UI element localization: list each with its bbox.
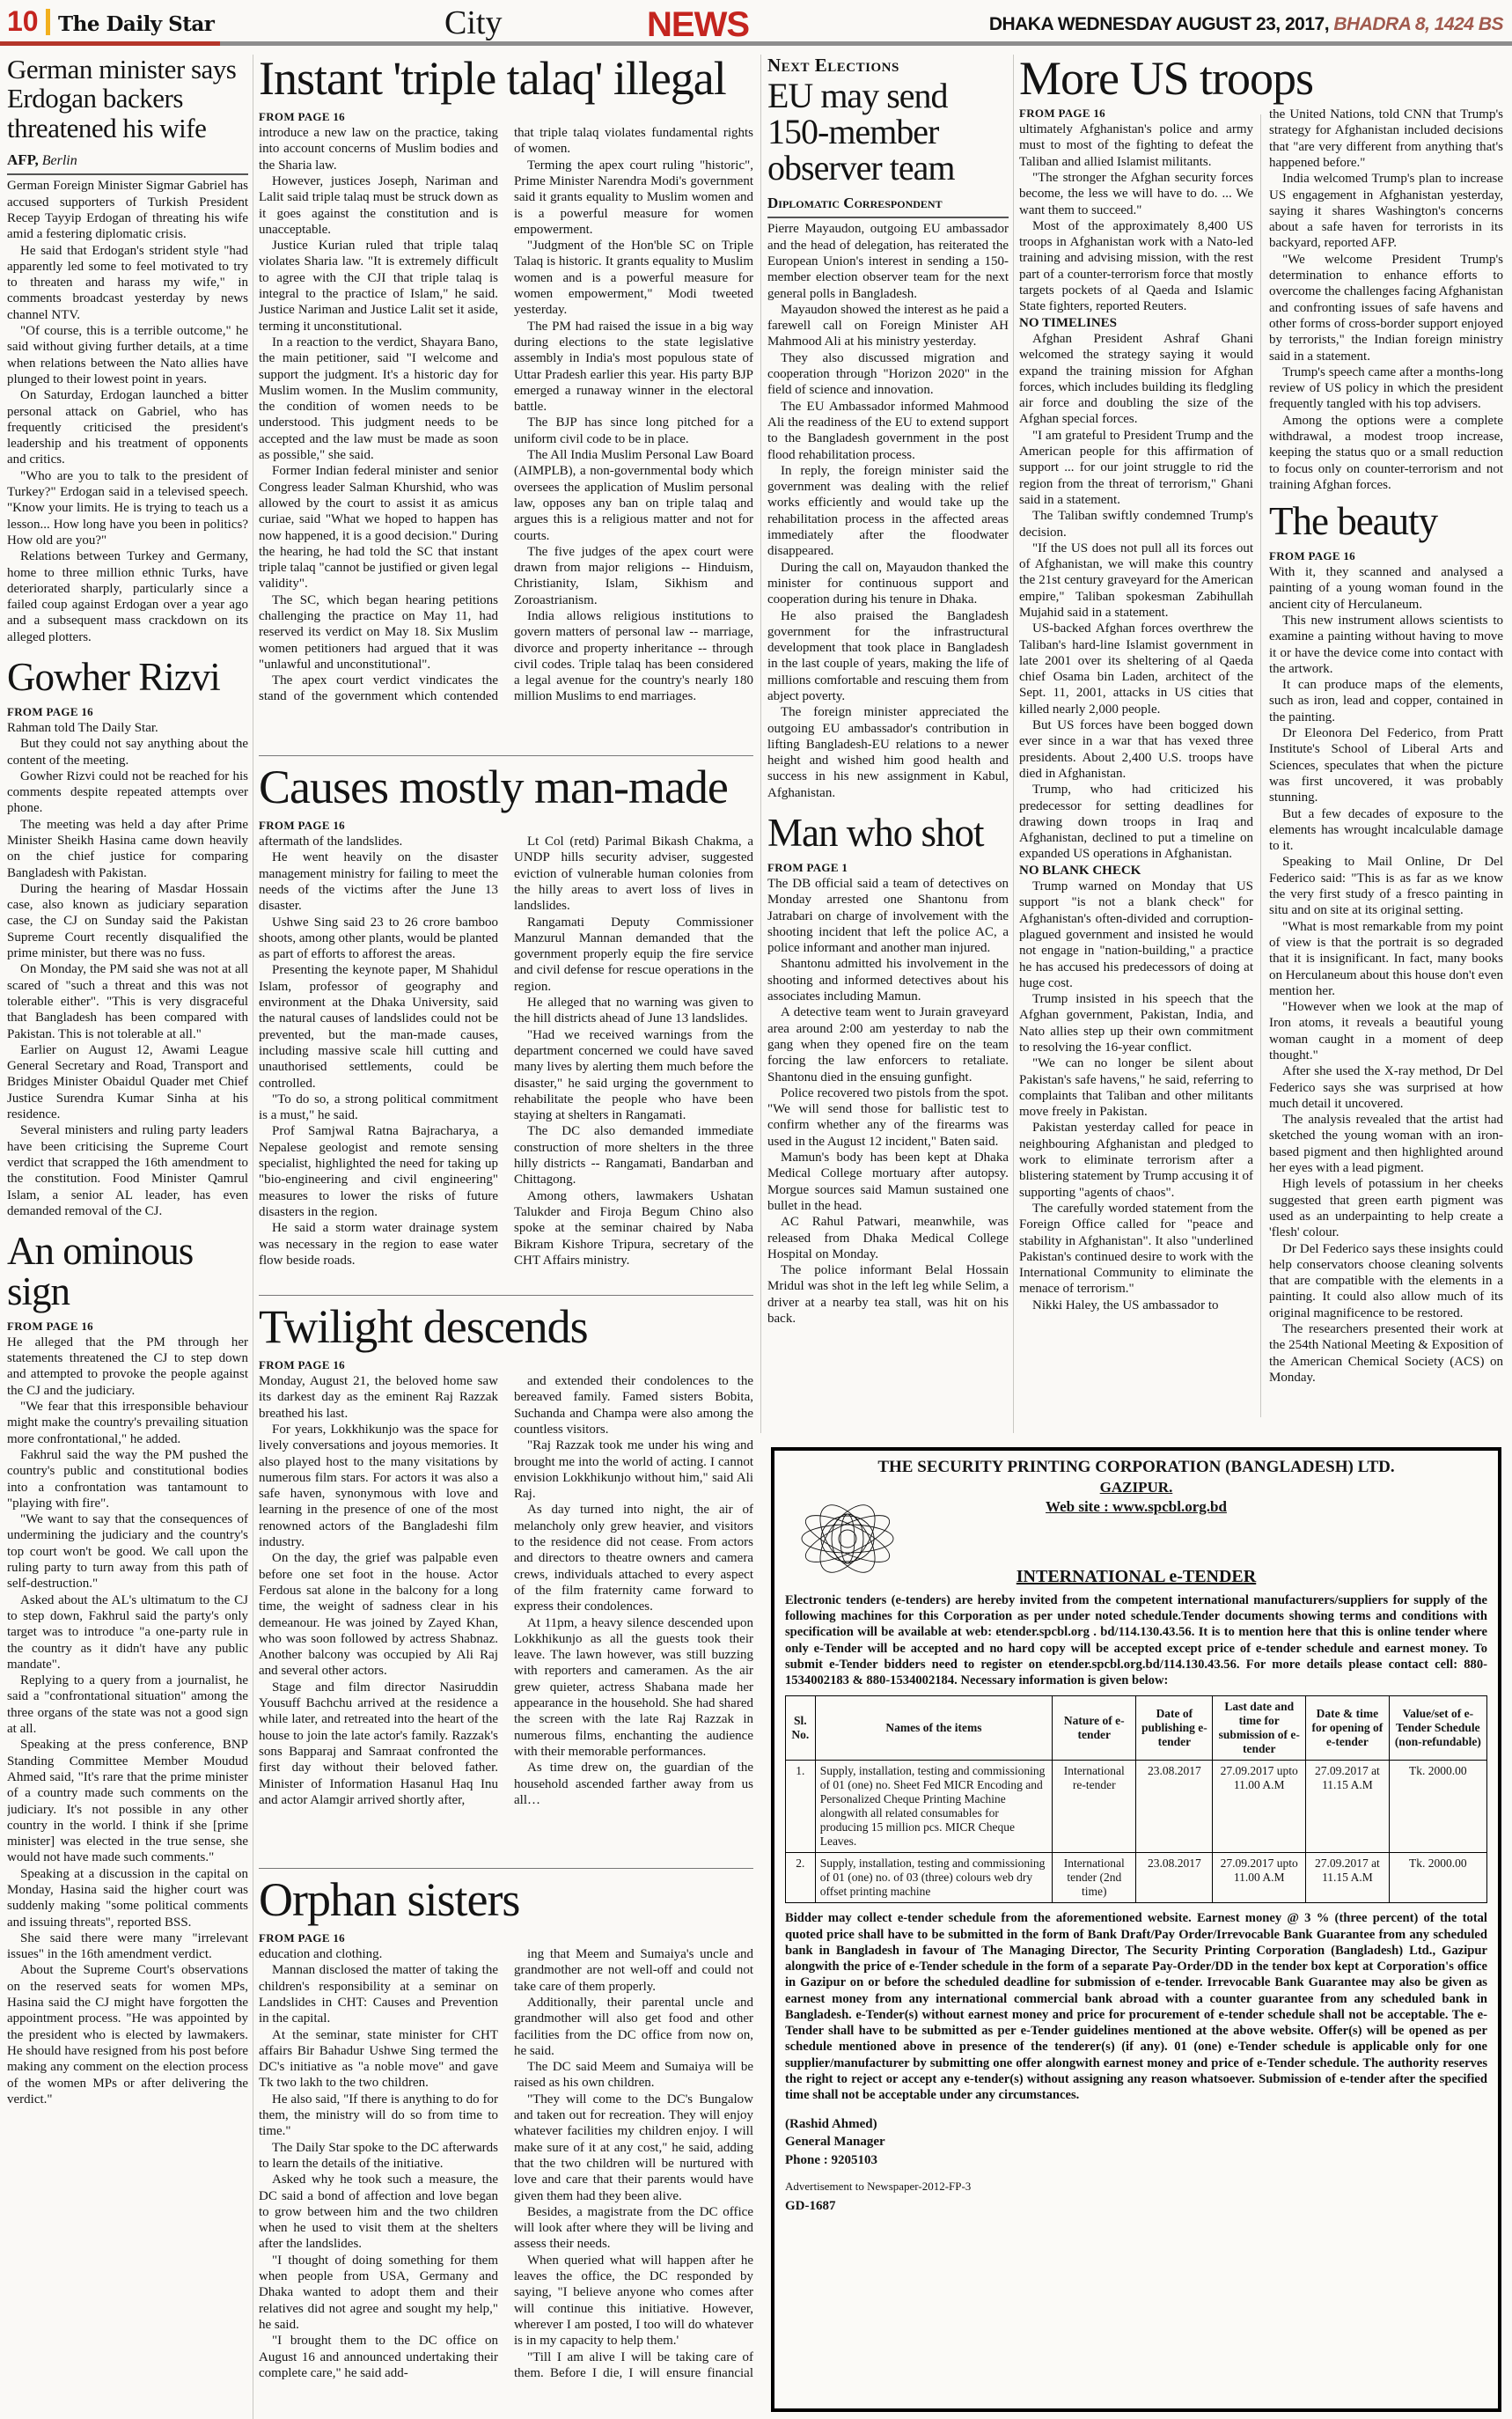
us-troops-right-column: the United Nations, told CNN that Trump'… (1269, 107, 1503, 1427)
paragraph: He also said, "If there is anything to d… (259, 2092, 498, 2140)
article-body: German Foreign Minister Sigmar Gabriel h… (7, 178, 248, 645)
paragraph: The BJP has since long pitched for a uni… (514, 415, 753, 447)
paragraph: The Taliban swiftly condemned Trump's de… (1019, 508, 1253, 540)
paragraph: However, justices Joseph, Nariman and La… (259, 173, 498, 238)
paragraph: "Raj Razzak took me under his wing and b… (514, 1437, 753, 1502)
paragraph: Shantonu admitted his involvement in the… (767, 956, 1009, 1004)
tender-table-body: 1.Supply, installation, testing and comm… (786, 1761, 1487, 1903)
paragraph: He said that Erdogan's strident style "h… (7, 243, 248, 323)
paragraph: The PM had raised the issue in a big way… (514, 319, 753, 415)
paragraph: "If the US does not pull all its forces … (1019, 540, 1253, 621)
ad-organization-name: THE SECURITY PRINTING CORPORATION (BANGL… (785, 1458, 1487, 1477)
article-triple-talaq: Instant 'triple talaq' illegal FROM PAGE… (259, 55, 753, 746)
column-1: German minister says Erdogan backers thr… (7, 55, 248, 2419)
paragraph: After she used the X-ray method, Dr Del … (1269, 1063, 1503, 1112)
paragraph: The police informant Belal Hossain Mridu… (767, 1262, 1009, 1327)
paragraph: Among others, lawmakers Ushatan Talukder… (514, 1188, 753, 1268)
paragraph: High levels of potassium in her cheeks s… (1269, 1176, 1503, 1240)
paragraph: Nikki Haley, the US ambassador to (1019, 1298, 1253, 1313)
paragraph: But a few decades of exposure to the ele… (1269, 806, 1503, 855)
paragraph: With it, they scanned and analysed a pai… (1269, 564, 1503, 613)
paragraph: Ushwe Sing said 23 to 26 crore bamboo sh… (259, 915, 498, 963)
headline: Causes mostly man-made (259, 763, 753, 812)
paragraph: "Of course, this is a terrible outcome,"… (7, 323, 248, 387)
tender-advertisement: THE SECURITY PRINTING CORPORATION (BANGL… (771, 1447, 1501, 2412)
article-divider (259, 755, 753, 756)
headline: An ominous sign (7, 1232, 248, 1312)
section-title: City (444, 4, 502, 42)
paragraph: Speaking at a discussion in the capital … (7, 1866, 248, 1930)
masthead-divider-bar (46, 9, 50, 35)
article-orphan-sisters: Orphan sisters FROM PAGE 16 education an… (259, 1876, 753, 2404)
table-cell: 27.09.2017 at 11.15 A.M (1306, 1853, 1390, 1903)
table-cell: 2. (786, 1853, 816, 1903)
paragraph: "The stronger the Afghan security forces… (1019, 170, 1253, 218)
paragraph: Additionally, their parental uncle and g… (514, 1995, 753, 2059)
paragraph: "We want to say that the consequences of… (7, 1511, 248, 1592)
column-4: Next Elections EU may send 150-member ob… (767, 55, 1009, 1433)
table-cell: 27.09.2017 upto 11.00 A.M (1213, 1761, 1306, 1853)
paragraph: The All India Muslim Personal Law Board … (514, 447, 753, 544)
paragraph: Trump insisted in his speech that the Af… (1019, 991, 1253, 1055)
paragraph: He also praised the Bangladesh governmen… (767, 608, 1009, 705)
paragraph: introduce a new law on the practice, tak… (259, 125, 498, 173)
paragraph: NO TIMELINES (1019, 315, 1253, 331)
paragraph: He went heavily on the disaster manageme… (259, 849, 498, 914)
from-page-label: FROM PAGE 16 (259, 1931, 753, 1945)
from-page-label: FROM PAGE 16 (1019, 107, 1253, 121)
article-divider (259, 1868, 753, 1869)
paragraph: "We welcome President Trump's determinat… (1269, 252, 1503, 364)
column-divider-5-6 (1260, 114, 1261, 1417)
paragraph: The five judges of the apex court were d… (514, 544, 753, 608)
masthead: The Daily Star (58, 12, 214, 36)
newspaper-page: 10 The Daily Star City NEWS DHAKA WEDNES… (0, 0, 1512, 2419)
table-cell: International re-tender (1053, 1761, 1136, 1853)
table-cell: Tk. 2000.00 (1389, 1761, 1486, 1853)
paragraph: Dr Del Federico says these insights coul… (1269, 1241, 1503, 1321)
paragraph: Speaking to Mail Online, Dr Del Federico… (1269, 854, 1503, 918)
paragraph: In a reaction to the verdict, Shayara Ba… (259, 335, 498, 463)
paragraph: education and clothing. (259, 1946, 498, 1962)
paragraph: Mannan disclosed the matter of taking th… (259, 1962, 498, 2026)
paragraph: During the hearing of Masdar Hossain cas… (7, 881, 248, 961)
article-body: Rahman told The Daily Star.But they coul… (7, 720, 248, 1219)
from-page-label: FROM PAGE 16 (7, 1320, 248, 1334)
article-body: Monday, August 21, the beloved home saw … (259, 1373, 753, 1845)
article-body-continued: the United Nations, told CNN that Trump'… (1269, 107, 1503, 493)
paragraph: At 11pm, a heavy silence descended upon … (514, 1615, 753, 1761)
paragraph: On Monday, the PM said she was not at al… (7, 961, 248, 1041)
article-body: aftermath of the landslides.He went heav… (259, 834, 753, 1272)
article-body: He alleged that the PM through her state… (7, 1334, 248, 2107)
table-cell: Supply, installation, testing and commis… (815, 1761, 1052, 1853)
paragraph: He said a storm water drainage system wa… (259, 1220, 498, 1268)
header-rule (0, 41, 1512, 46)
paragraph: Presenting the keynote paper, M Shahidul… (259, 962, 498, 1091)
paragraph: "I thought of doing something for them w… (259, 2253, 498, 2333)
from-page-label: FROM PAGE 1 (767, 861, 1009, 875)
paragraph: Terming the apex court ruling "historic"… (514, 158, 753, 238)
ad-signatory-title: General Manager (785, 2133, 1487, 2151)
article-an-ominous-sign: An ominous sign FROM PAGE 16 He alleged … (7, 1232, 248, 2107)
paragraph: On Saturday, Erdogan launched a bitter p… (7, 387, 248, 467)
paragraph: The foreign minister appreciated the out… (767, 704, 1009, 801)
paragraph: On the day, the grief was palpable even … (259, 1550, 498, 1679)
paragraph: Asked why he took such a measure, the DC… (259, 2172, 498, 2252)
article-causes-man-made: Causes mostly man-made FROM PAGE 16 afte… (259, 763, 753, 1286)
paragraph: In reply, the foreign minister said the … (767, 463, 1009, 560)
ad-intro-paragraph: Electronic tenders (e-tenders) are hereb… (785, 1592, 1487, 1688)
article-body: With it, they scanned and analysed a pai… (1269, 564, 1503, 1386)
dateline-date: DHAKA WEDNESDAY AUGUST 23, 2017, (989, 14, 1334, 34)
paragraph: Afghan President Ashraf Ghani welcomed t… (1019, 331, 1253, 428)
paragraph: The DC also demanded immediate construct… (514, 1123, 753, 1187)
table-header-cell: Value/set of e-Tender Schedule (non-refu… (1389, 1696, 1486, 1761)
paragraph: ultimately Afghanistan's police and army… (1019, 121, 1253, 170)
paragraph: He alleged that no warning was given to … (514, 995, 753, 1027)
byline: AFP, Berlin (7, 151, 248, 175)
paragraph: "However when we look at the map of Iron… (1269, 999, 1503, 1063)
header-rule-accent (0, 41, 220, 46)
paragraph: The meeting was held a day after Prime M… (7, 817, 248, 881)
paragraph: They also discussed migration and cooper… (767, 350, 1009, 399)
paragraph: Police recovered two pistols from the sp… (767, 1085, 1009, 1150)
paragraph: Asked about the AL's ultimatum to the CJ… (7, 1592, 248, 1673)
paragraph: aftermath of the landslides. (259, 834, 498, 849)
paragraph: The SC, which began hearing petitions ch… (259, 592, 498, 673)
article-body: ultimately Afghanistan's police and army… (1019, 121, 1253, 1313)
paragraph: Relations between Turkey and Germany, ho… (7, 548, 248, 645)
table-cell: 27.09.2017 at 11.15 A.M (1306, 1761, 1390, 1853)
paragraph: The analysis revealed that the artist ha… (1269, 1112, 1503, 1176)
paragraph: Stage and film director Nasiruddin Yousu… (259, 1680, 498, 1808)
paragraph: Lt Col (retd) Parimal Bikash Chakma, a U… (514, 834, 753, 914)
news-label: NEWS (647, 5, 749, 45)
paragraph: Among the options were a complete withdr… (1269, 413, 1503, 493)
table-cell: 23.08.2017 (1136, 1761, 1213, 1853)
from-page-label: FROM PAGE 16 (259, 1358, 753, 1372)
paragraph: NO BLANK CHECK (1019, 863, 1253, 879)
paragraph: "They will come to the DC's Bungalow and… (514, 2092, 753, 2204)
article-german-minister: German minister says Erdogan backers thr… (7, 55, 248, 645)
paragraph: During the call on, Mayaudon thanked the… (767, 560, 1009, 608)
tender-table: Sl. No.Names of the itemsNature of e-ten… (785, 1695, 1487, 1903)
paragraph: The DC said Meem and Sumaiya will be rai… (514, 2059, 753, 2092)
table-header-cell: Nature of e-tender (1053, 1696, 1136, 1761)
paragraph: It can produce maps of the elements, suc… (1269, 677, 1503, 725)
column-divider-1-2 (253, 55, 253, 2419)
paragraph: He alleged that the PM through her state… (7, 1334, 248, 1399)
columns-2-3: Instant 'triple talaq' illegal FROM PAGE… (259, 55, 753, 2419)
paragraph: At the seminar, state minister for CHT a… (259, 2027, 498, 2092)
paragraph: Replying to a query from a journalist, h… (7, 1673, 248, 1737)
paragraph: A detective team went to Jurain graveyar… (767, 1004, 1009, 1085)
ad-terms-paragraph: Bidder may collect e-tender schedule fro… (785, 1910, 1487, 2103)
from-page-label: FROM PAGE 16 (1269, 549, 1503, 563)
headline: Twilight descends (259, 1303, 753, 1351)
ad-reference: Advertisement to Newspaper-2012-FP-3 (785, 2180, 1487, 2194)
article-body: education and clothing.Mannan disclosed … (259, 1946, 753, 2390)
table-cell: Tk. 2000.00 (1389, 1853, 1486, 1903)
table-header-cell: Date & time for opening of e-tender (1306, 1696, 1390, 1761)
paragraph: Monday, August 21, the beloved home saw … (259, 1373, 498, 1422)
paragraph: "We fear that this irresponsible behavio… (7, 1399, 248, 1447)
article-more-us-troops: More US troops FROM PAGE 16 ultimately A… (1019, 55, 1503, 1427)
ad-signatory: (Rashid Ahmed) General Manager Phone : 9… (785, 2115, 1487, 2169)
table-cell: International tender (2nd time) (1053, 1853, 1136, 1903)
paragraph: When queried what will happen after he l… (514, 2253, 753, 2349)
paragraph: Trump, who had criticized his predecesso… (1019, 782, 1253, 862)
byline-place: Berlin (42, 153, 77, 168)
table-cell: 23.08.2017 (1136, 1853, 1213, 1903)
paragraph: But they could not say anything about th… (7, 736, 248, 768)
table-cell: Supply, installation, testing and commis… (815, 1853, 1052, 1903)
table-header-cell: Sl. No. (786, 1696, 816, 1761)
paragraph: Justice Kurian ruled that triple talaq v… (259, 238, 498, 335)
ad-signatory-name: (Rashid Ahmed) (785, 2115, 1487, 2133)
article-gowher-rizvi: Gowher Rizvi FROM PAGE 16 Rahman told Th… (7, 658, 248, 1219)
table-cell: 1. (786, 1761, 816, 1853)
paragraph: and extended their condolences to the be… (514, 1373, 753, 1437)
tender-table-header-row: Sl. No.Names of the itemsNature of e-ten… (786, 1696, 1487, 1761)
column-divider-4-5 (1013, 55, 1014, 1433)
headline: Instant 'triple talaq' illegal (259, 55, 753, 103)
paragraph: As time drew on, the guardian of the hou… (514, 1760, 753, 1808)
paragraph: Prof Samjwal Ratna Bajracharya, a Nepale… (259, 1123, 498, 1220)
paragraph: "I brought them to the DC office on Augu… (259, 2333, 498, 2381)
table-row: 1.Supply, installation, testing and comm… (786, 1761, 1487, 1853)
paragraph: The researchers presented their work at … (1269, 1321, 1503, 1386)
paragraph: Most of the approximately 8,400 US troop… (1019, 218, 1253, 315)
paragraph: Pakistan yesterday called for peace in n… (1019, 1120, 1253, 1200)
paragraph: "To do so, a strong political commitment… (259, 1092, 498, 1124)
paragraph: ing that Meem and Sumaiya's uncle and gr… (514, 1946, 753, 1995)
kicker: Next Elections (767, 55, 1009, 77)
paragraph: Several ministers and ruling party leade… (7, 1122, 248, 1219)
paragraph: About the Supreme Court's observations o… (7, 1962, 248, 2107)
paragraph: Fakhrul said the way the PM pushed the c… (7, 1447, 248, 1511)
paragraph: "What is most remarkable from my point o… (1269, 919, 1503, 999)
paragraph: Former Indian federal minister and senio… (259, 463, 498, 592)
table-row: 2.Supply, installation, testing and comm… (786, 1853, 1487, 1903)
table-cell: 27.09.2017 upto 11.00 A.M (1213, 1853, 1306, 1903)
from-page-label: FROM PAGE 16 (259, 819, 753, 833)
from-page-label: FROM PAGE 16 (259, 110, 753, 124)
page-number: 10 (7, 5, 39, 38)
headline: German minister says Erdogan backers thr… (7, 55, 248, 143)
article-body: The DB official said a team of detective… (767, 876, 1009, 1327)
paragraph: German Foreign Minister Sigmar Gabriel h… (7, 178, 248, 242)
paragraph: the United Nations, told CNN that Trump'… (1269, 107, 1503, 171)
byline-agency: AFP, (7, 151, 39, 168)
us-troops-left-column: FROM PAGE 16 ultimately Afghanistan's po… (1019, 107, 1253, 1427)
paragraph: India welcomed Trump's plan to increase … (1269, 171, 1503, 251)
article-eu-observer: Next Elections EU may send 150-member ob… (767, 55, 1009, 801)
article-divider (259, 1295, 753, 1296)
headline: The beauty (1269, 502, 1503, 542)
headline: Orphan sisters (259, 1876, 753, 1924)
table-header-cell: Date of publishing e-tender (1136, 1696, 1213, 1761)
ad-signatory-phone: Phone : 9205103 (785, 2151, 1487, 2169)
headline: Gowher Rizvi (7, 658, 248, 698)
article-the-beauty: The beauty FROM PAGE 16 With it, they sc… (1269, 502, 1503, 1386)
paragraph: Pierre Mayaudon, outgoing EU ambassador … (767, 221, 1009, 301)
paragraph: "Judgment of the Hon'ble SC on Triple Ta… (514, 238, 753, 318)
paragraph: She said there were many "irrelevant iss… (7, 1930, 248, 1963)
paragraph: The EU Ambassador informed Mahmood Ali t… (767, 399, 1009, 463)
columns-5-6: More US troops FROM PAGE 16 ultimately A… (1019, 55, 1503, 1433)
paragraph: But US forces have been bogged down ever… (1019, 717, 1253, 782)
paragraph: As day turned into night, the air of mel… (514, 1502, 753, 1614)
paragraph: Mayaudon showed the interest as he paid … (767, 302, 1009, 350)
paragraph: US-backed Afghan forces overthrew the Ta… (1019, 621, 1253, 717)
paragraph: Gowher Rizvi could not be reached for hi… (7, 768, 248, 817)
article-body: Pierre Mayaudon, outgoing EU ambassador … (767, 221, 1009, 801)
paragraph: Dr Eleonora Del Federico, from Pratt Ins… (1269, 725, 1503, 805)
paragraph: The DB official said a team of detective… (767, 876, 1009, 956)
dateline: DHAKA WEDNESDAY AUGUST 23, 2017, BHADRA … (989, 14, 1503, 35)
paragraph: Earlier on August 12, Awami League Gener… (7, 1042, 248, 1122)
paragraph: "We can no longer be silent about Pakist… (1019, 1055, 1253, 1120)
dateline-bengali-date: BHADRA 8, 1424 BS (1333, 14, 1503, 34)
column-divider-3-4 (760, 55, 761, 1433)
paragraph: "I am grateful to President Trump and th… (1019, 428, 1253, 508)
paragraph: Besides, a magistrate from the DC office… (514, 2204, 753, 2253)
paragraph: The Daily Star spoke to the DC afterward… (259, 2140, 498, 2173)
paragraph: India allows religious institutions to g… (514, 608, 753, 705)
byline: Diplomatic Correspondent (767, 195, 1009, 218)
spcbl-logo (790, 1496, 905, 1585)
ad-organization-place: GAZIPUR. (785, 1479, 1487, 1496)
headline: EU may send 150-member observer team (767, 78, 1009, 186)
table-header-cell: Names of the items (815, 1696, 1052, 1761)
paragraph: The carefully worded statement from the … (1019, 1201, 1253, 1298)
paragraph: Trump warned on Monday that US support "… (1019, 879, 1253, 991)
paragraph: "Had we received warnings from the depar… (514, 1027, 753, 1124)
byline-correspondent: Diplomatic Correspondent (767, 195, 943, 211)
paragraph: Trump's speech came after a months-long … (1269, 364, 1503, 413)
paragraph: Speaking at the press conference, BNP St… (7, 1737, 248, 1865)
headline: More US troops (1019, 55, 1503, 103)
paragraph: For years, Lokkhikunjo was the space for… (259, 1422, 498, 1550)
table-header-cell: Last date and time for submission of e-t… (1213, 1696, 1306, 1761)
paragraph: Mamun's body has been kept at Dhaka Medi… (767, 1150, 1009, 1214)
article-twilight-descends: Twilight descends FROM PAGE 16 Monday, A… (259, 1303, 753, 1859)
ad-gd-number: GD-1687 (785, 2199, 1487, 2214)
paragraph: This new instrument allows scientists to… (1269, 613, 1503, 677)
page-header: 10 The Daily Star City NEWS DHAKA WEDNES… (0, 0, 1512, 49)
headline: Man who shot (767, 813, 1009, 854)
paragraph: AC Rahul Patwari, meanwhile, was release… (767, 1214, 1009, 1262)
paragraph: Rangamati Deputy Commissioner Manzurul M… (514, 915, 753, 995)
article-man-who-shot: Man who shot FROM PAGE 1 The DB official… (767, 813, 1009, 1327)
from-page-label: FROM PAGE 16 (7, 705, 248, 719)
paragraph: Rahman told The Daily Star. (7, 720, 248, 736)
paragraph: "Who are you to talk to the president of… (7, 468, 248, 548)
article-body: introduce a new law on the practice, tak… (259, 125, 753, 732)
